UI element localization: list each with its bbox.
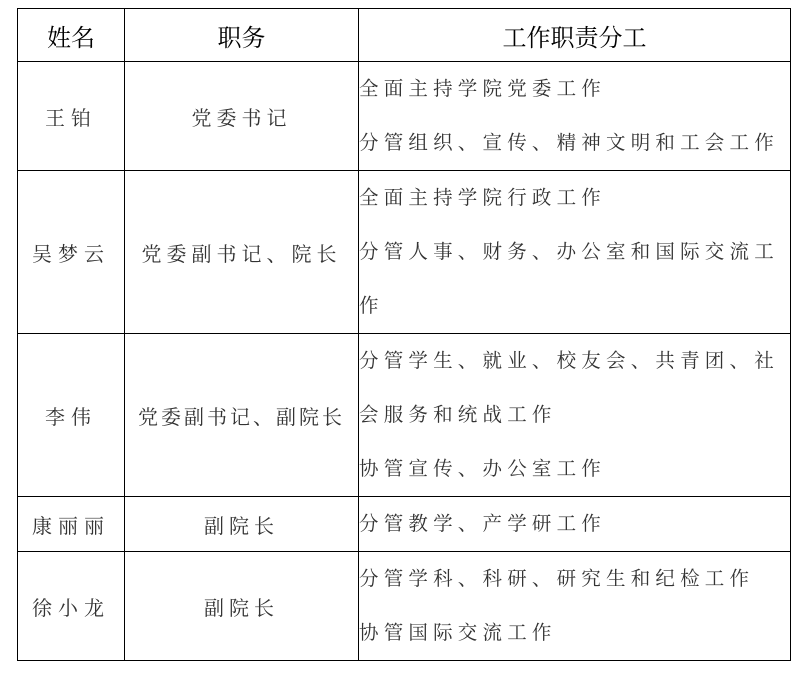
table-row: 康丽丽 副院长 分管教学、产学研工作 bbox=[18, 497, 791, 552]
duty-line: 协管国际交流工作 bbox=[359, 606, 790, 660]
cell-name: 王铂 bbox=[18, 62, 125, 171]
header-name: 姓名 bbox=[18, 9, 125, 62]
duty-line: 协管宣传、办公室工作 bbox=[359, 442, 790, 496]
cell-name: 李伟 bbox=[18, 334, 125, 497]
duty-line: 分管学生、就业、校友会、共青团、社 bbox=[359, 334, 790, 388]
duty-line: 分管学科、科研、研究生和纪检工作 bbox=[359, 552, 790, 606]
table-row: 王铂 党委书记 全面主持学院党委工作 分管组织、宣传、精神文明和工会工作 bbox=[18, 62, 791, 171]
cell-name: 徐小龙 bbox=[18, 552, 125, 661]
table-row: 李伟 党委副书记、副院长 分管学生、就业、校友会、共青团、社 会服务和统战工作 … bbox=[18, 334, 791, 497]
table-row: 吴梦云 党委副书记、院长 全面主持学院行政工作 分管人事、财务、办公室和国际交流… bbox=[18, 171, 791, 334]
cell-title: 副院长 bbox=[125, 552, 359, 661]
cell-name: 吴梦云 bbox=[18, 171, 125, 334]
cell-duties: 分管教学、产学研工作 bbox=[359, 497, 791, 552]
cell-duties: 分管学科、科研、研究生和纪检工作 协管国际交流工作 bbox=[359, 552, 791, 661]
cell-title: 党委副书记、副院长 bbox=[125, 334, 359, 497]
header-duties: 工作职责分工 bbox=[359, 9, 791, 62]
header-title: 职务 bbox=[125, 9, 359, 62]
duty-line: 全面主持学院行政工作 bbox=[359, 171, 790, 225]
cell-duties: 全面主持学院党委工作 分管组织、宣传、精神文明和工会工作 bbox=[359, 62, 791, 171]
table-header-row: 姓名 职务 工作职责分工 bbox=[18, 9, 791, 62]
cell-title: 党委书记 bbox=[125, 62, 359, 171]
cell-title: 党委副书记、院长 bbox=[125, 171, 359, 334]
cell-name: 康丽丽 bbox=[18, 497, 125, 552]
cell-title: 副院长 bbox=[125, 497, 359, 552]
duty-line: 作 bbox=[359, 279, 790, 333]
cell-duties: 全面主持学院行政工作 分管人事、财务、办公室和国际交流工 作 bbox=[359, 171, 791, 334]
duty-line: 会服务和统战工作 bbox=[359, 388, 790, 442]
duty-line: 分管组织、宣传、精神文明和工会工作 bbox=[359, 116, 790, 170]
duty-line: 分管教学、产学研工作 bbox=[359, 497, 790, 551]
cell-duties: 分管学生、就业、校友会、共青团、社 会服务和统战工作 协管宣传、办公室工作 bbox=[359, 334, 791, 497]
duty-line: 全面主持学院党委工作 bbox=[359, 62, 790, 116]
table-row: 徐小龙 副院长 分管学科、科研、研究生和纪检工作 协管国际交流工作 bbox=[18, 552, 791, 661]
leadership-duties-table: 姓名 职务 工作职责分工 王铂 党委书记 全面主持学院党委工作 分管组织、宣传、… bbox=[17, 8, 791, 661]
duty-line: 分管人事、财务、办公室和国际交流工 bbox=[359, 225, 790, 279]
